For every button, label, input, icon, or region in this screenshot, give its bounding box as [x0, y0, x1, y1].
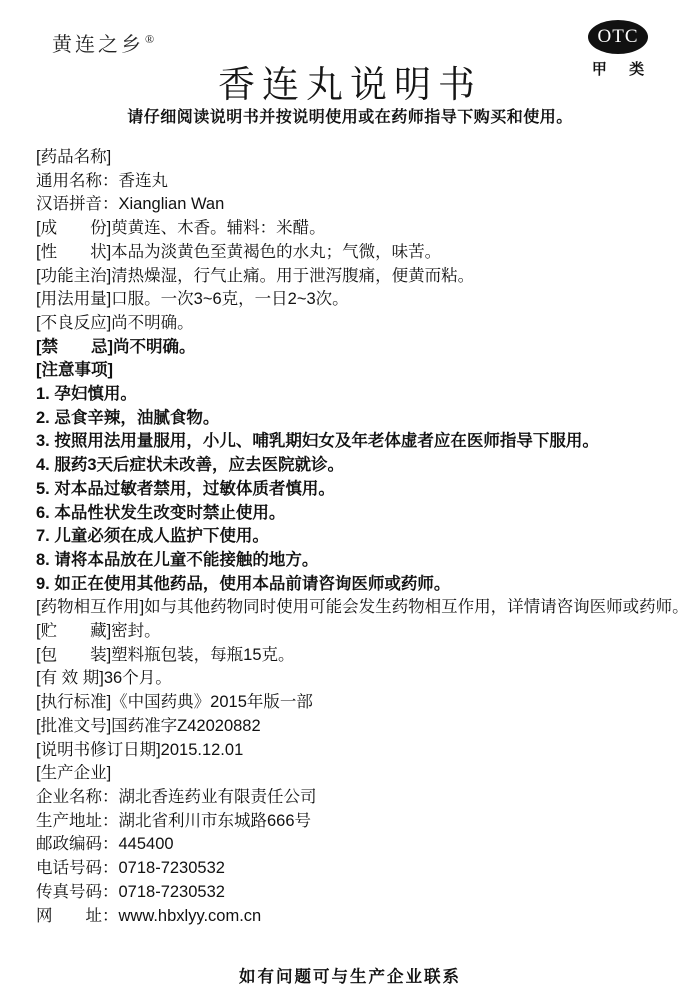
document-line: 企业名称：湖北香连药业有限责任公司	[36, 786, 694, 810]
otc-label: OTC	[598, 26, 639, 48]
document-line: [药物相互作用]如与其他药物同时使用可能会发生药物相互作用，详情请咨询医师或药师…	[36, 596, 694, 620]
document-line: [贮 藏]密封。	[36, 620, 694, 644]
footer-note: 如有问题可与生产企业联系	[0, 963, 700, 987]
document-line: [成 份]萸黄连、木香。辅料：米醋。	[36, 217, 694, 241]
document-line: 1. 孕妇慎用。	[36, 383, 694, 407]
document-line: [药品名称]	[36, 146, 694, 170]
document-line: [注意事项]	[36, 359, 694, 383]
document-line: 4. 服药3天后症状未改善，应去医院就诊。	[36, 454, 694, 478]
document-line: [不良反应]尚不明确。	[36, 312, 694, 336]
document-line: [包 装]塑料瓶包装，每瓶15克。	[36, 644, 694, 668]
document-line: [性 状]本品为淡黄色至黄褐色的水丸；气微，味苦。	[36, 241, 694, 265]
page-subtitle: 请仔细阅读说明书并按说明使用或在药师指导下购买和使用。	[0, 104, 700, 127]
registered-trademark-symbol: ®	[145, 32, 154, 46]
document-line: [执行标准]《中国药典》2015年版一部	[36, 691, 694, 715]
document-line: 6. 本品性状发生改变时禁止使用。	[36, 502, 694, 526]
document-line: [有 效 期]36个月。	[36, 667, 694, 691]
document-line: 9. 如正在使用其他药品，使用本品前请咨询医师或药师。	[36, 573, 694, 597]
otc-ellipse-icon: OTC	[588, 20, 648, 54]
brand-name: 黄连之乡	[52, 34, 144, 56]
document-line: [说明书修订日期]2015.12.01	[36, 739, 694, 763]
document-line: [用法用量]口服。一次3~6克，一日2~3次。	[36, 288, 694, 312]
document-line: 8. 请将本品放在儿童不能接触的地方。	[36, 549, 694, 573]
drug-leaflet-page: 黄连之乡® OTC 甲 类 香连丸说明书 请仔细阅读说明书并按说明使用或在药师指…	[0, 0, 700, 998]
leaflet-body: [药品名称]通用名称：香连丸汉语拼音：Xianglian Wan[成 份]萸黄连…	[36, 146, 694, 928]
document-line: 传真号码：0718-7230532	[36, 881, 694, 905]
document-line: 邮政编码：445400	[36, 833, 694, 857]
document-line: [批准文号]国药准字Z42020882	[36, 715, 694, 739]
document-line: 汉语拼音：Xianglian Wan	[36, 193, 694, 217]
document-line: [功能主治]清热燥湿，行气止痛。用于泄泻腹痛，便黄而粘。	[36, 265, 694, 289]
document-line: 网 址：www.hbxlyy.com.cn	[36, 905, 694, 929]
document-line: [生产企业]	[36, 762, 694, 786]
brand-logo: 黄连之乡®	[52, 28, 154, 57]
document-line: [禁 忌]尚不明确。	[36, 336, 694, 360]
page-title: 香连丸说明书	[0, 54, 700, 108]
document-line: 7. 儿童必须在成人监护下使用。	[36, 525, 694, 549]
document-line: 3. 按照用法用量服用，小儿、哺乳期妇女及年老体虚者应在医师指导下服用。	[36, 430, 694, 454]
document-line: 生产地址：湖北省利川市东城路666号	[36, 810, 694, 834]
document-line: 通用名称：香连丸	[36, 170, 694, 194]
document-line: 5. 对本品过敏者禁用，过敏体质者慎用。	[36, 478, 694, 502]
document-line: 电话号码：0718-7230532	[36, 857, 694, 881]
document-line: 2. 忌食辛辣，油腻食物。	[36, 407, 694, 431]
